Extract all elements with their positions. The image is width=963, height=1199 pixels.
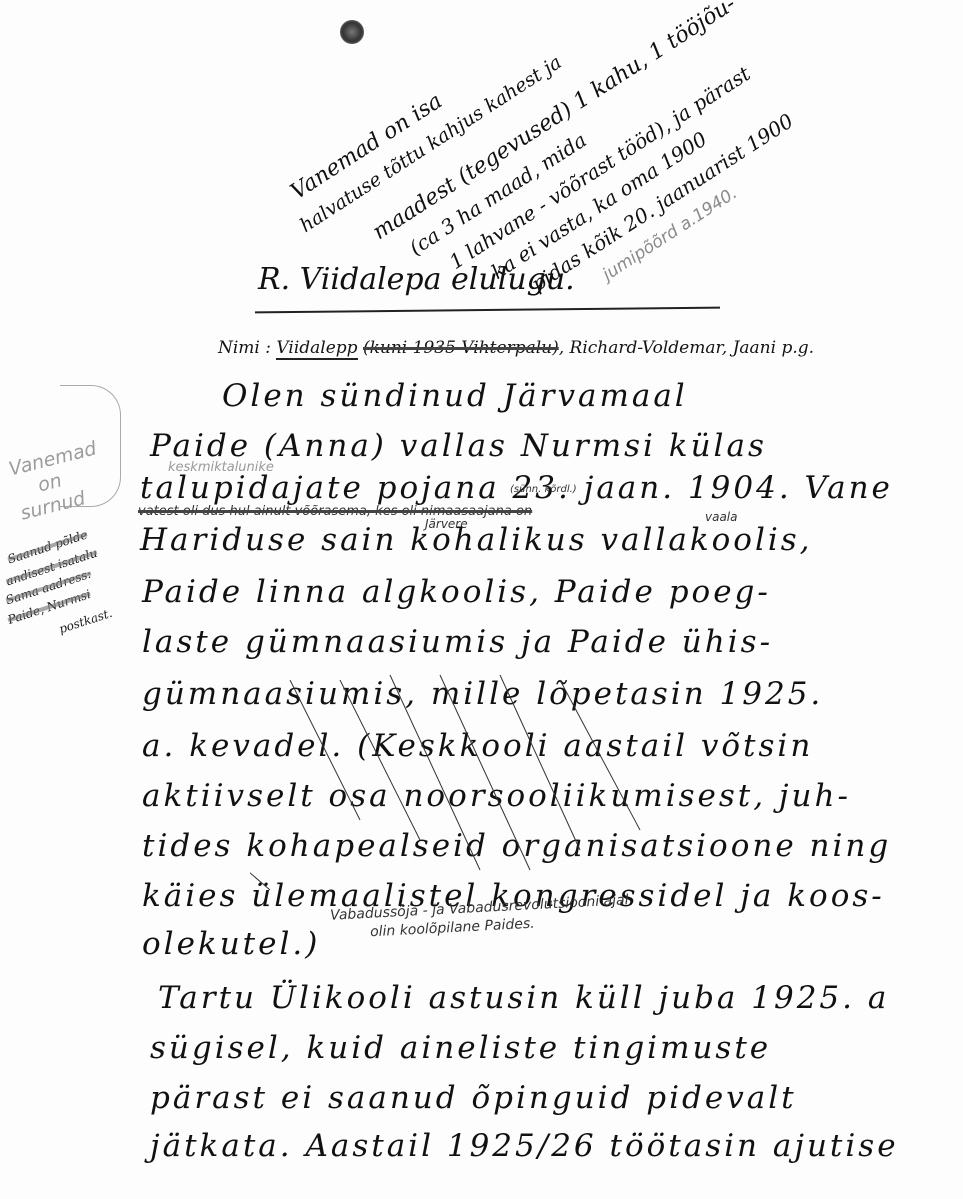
name-label: Nimi : (218, 338, 271, 358)
body-line: Hariduse sain kohalikus vallakoolis, (140, 522, 813, 558)
page-title: R. Viidalepa elulugu. (258, 262, 575, 297)
body-line: jätkata. Aastail 1925/26 töötasin ajutis… (150, 1128, 899, 1164)
name-line: Nimi : Viidalepp (kuni 1935 Vihterpalu),… (218, 338, 814, 358)
struck-former-name: (kuni 1935 Vihterpalu) (363, 338, 559, 358)
body-line: sügisel, kuid aineliste tingimuste (150, 1030, 771, 1066)
body-line: Tartu Ülikooli astusin küll juba 1925. a (158, 980, 889, 1016)
body-line: Paide linna algkoolis, Paide poeg- (142, 574, 771, 610)
top-annotation: Vanemad on isa halvatuse tõttu kahjus ka… (300, 40, 860, 260)
struck-insertion: vatest oli dus hul ainult võõrasema, kes… (138, 504, 532, 519)
surname: Viidalepp (276, 338, 357, 360)
body-line: pärast ei saanud õpinguid pidevalt (150, 1080, 797, 1116)
given-names: Richard-Voldemar (570, 338, 722, 358)
body-line: olekutel.) (142, 926, 320, 962)
margin-ink-note: postkast. (57, 606, 114, 636)
body-line: gümnaasiumis, mille lõpetasin 1925. (142, 676, 823, 712)
insertion-after-pojana: (sünn. kõrdl.) (510, 484, 577, 495)
body-line: Olen sündinud Järvamaal (222, 378, 688, 414)
body-line: laste gümnaasiumis ja Paide ühis- (142, 624, 773, 660)
body-line: a. kevadel. (Keskkooli aastail võtsin (142, 728, 813, 764)
body-line: aktiivselt osa noorsooliikumisest, juh- (142, 778, 851, 814)
body-line: tides kohapealseid organisatsioone ning (142, 828, 891, 864)
title-underline (255, 307, 720, 314)
patronymic: Jaani p.g. (733, 338, 814, 358)
body-line: Paide (Anna) vallas Nurmsi külas (150, 428, 767, 464)
manuscript-page: Vanemad on isa halvatuse tõttu kahjus ka… (0, 0, 963, 1199)
